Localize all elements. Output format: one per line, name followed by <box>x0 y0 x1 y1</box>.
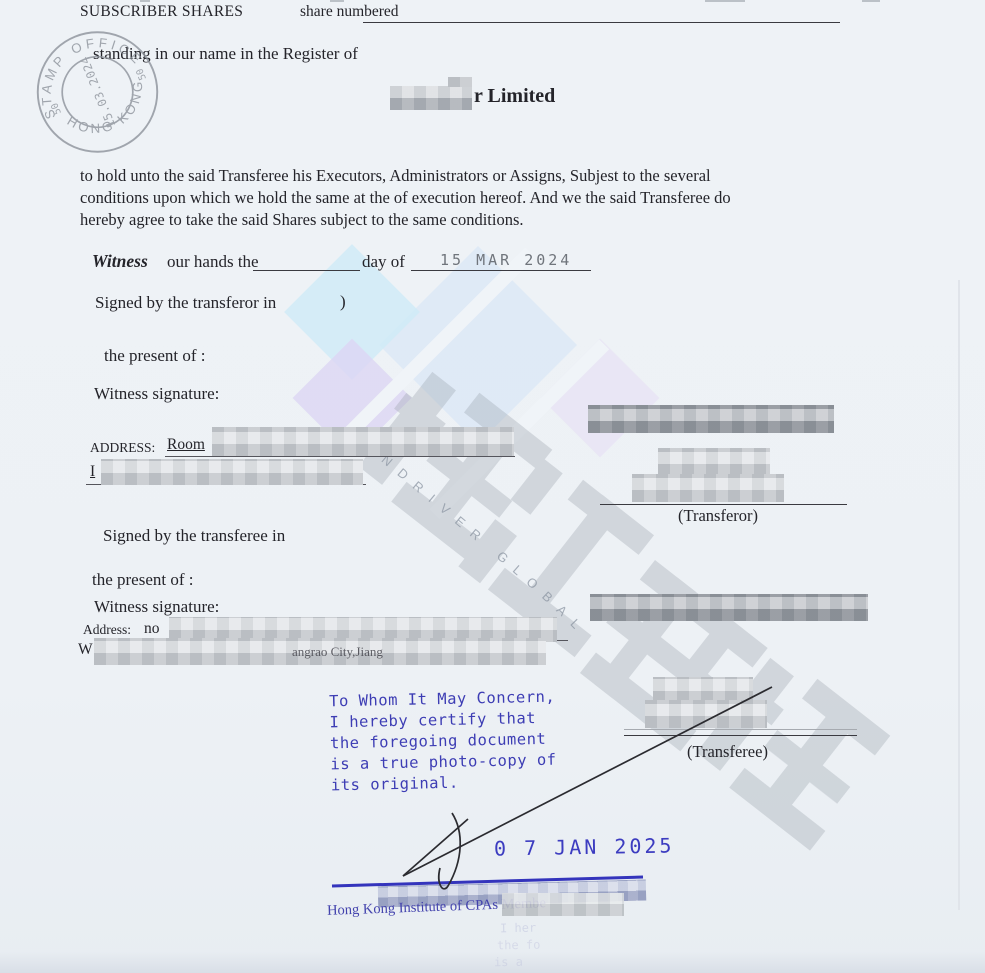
scanned-share-transfer-document: LANDRIVER GLOBAL SUBSCRIBER SHARES share… <box>0 0 985 973</box>
company-name-redacted-fragment <box>448 77 472 87</box>
company-name-suffix: r Limited <box>474 85 555 108</box>
witness-word: Witness <box>92 251 148 272</box>
deed-paragraph-line-2: conditions upon which we hold the same a… <box>80 188 731 208</box>
scan-edge-line <box>958 280 960 910</box>
transferee-signature-redacted-2 <box>645 700 767 728</box>
signed-transferee-line: Signed by the transferee in <box>103 526 285 546</box>
seal-date: 15.03.2024 <box>77 54 118 130</box>
witness-middle-text: our hands the <box>167 252 259 272</box>
ghost-text-1: I her <box>500 921 536 936</box>
scan-artifact <box>140 0 150 2</box>
transferee-address-partial-text: angrao City,Jiang <box>292 644 383 660</box>
transferee-witness-signature-label: Witness signature: <box>94 597 219 617</box>
transferor-address-redacted-2 <box>101 459 363 485</box>
certification-stamp: To Whom It May Concern, I hereby certify… <box>329 687 557 797</box>
transferor-paren: ) <box>340 292 346 312</box>
date-stamp-07-jan: 0 7 JAN 2025 <box>494 833 675 860</box>
deed-paragraph-line-3: hereby agree to take the said Shares sub… <box>80 210 524 230</box>
scan-bottom-band <box>0 951 985 973</box>
signed-transferor-line: Signed by the transferor in <box>95 293 276 313</box>
cpa-line-redacted-overlay <box>502 893 624 916</box>
share-numbered-label: share numbered <box>300 3 399 21</box>
scan-artifact <box>330 0 344 2</box>
transferor-address-redacted-1 <box>212 427 514 456</box>
transferor-name-redacted <box>588 405 834 433</box>
transferee-address-start: no <box>144 620 160 638</box>
transferor-signature-redacted-2 <box>632 474 784 502</box>
date-stamp-15-mar: 15 MAR 2024 <box>440 251 572 269</box>
scan-artifact <box>862 0 880 2</box>
day-blank <box>253 251 360 271</box>
transferee-signature-line <box>624 729 857 736</box>
transferor-address-start: Room <box>167 436 205 454</box>
share-number-blank <box>363 3 840 23</box>
transferor-address-label: ADDRESS: <box>90 440 155 456</box>
transferor-signature-redacted-1 <box>658 448 770 476</box>
stamp-office-seal: STAMP OFFICE HONG KONG 15.03.2024 50 50 <box>15 12 180 172</box>
transferee-name-redacted <box>590 594 868 621</box>
transferor-caption: (Transferor) <box>678 506 758 526</box>
transferee-present-line: the present of : <box>92 570 194 590</box>
transferee-address-label: Address: <box>83 622 131 638</box>
company-name-redacted <box>390 86 472 110</box>
ghost-text-3: is a <box>494 955 523 970</box>
transferor-present-line: the present of : <box>104 346 206 366</box>
transferee-caption: (Transferee) <box>687 742 768 762</box>
transferee-address-line2-start: W <box>78 641 93 659</box>
ghost-text-2: the fo <box>497 938 541 953</box>
day-of-label: day of <box>362 252 405 272</box>
scan-artifact <box>705 0 745 2</box>
transferor-witness-signature-label: Witness signature: <box>94 384 219 404</box>
transferor-address-line2-start: I <box>90 463 95 481</box>
